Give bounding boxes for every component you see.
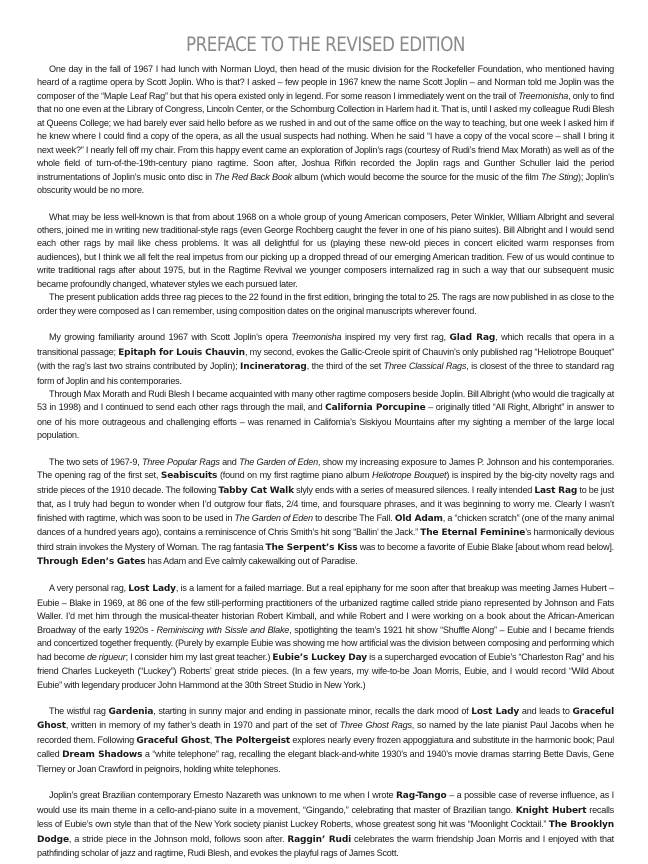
text-run: ; I consider him my last great teacher.) bbox=[126, 652, 273, 662]
text-run: The wistful rag bbox=[49, 706, 108, 716]
rag-title: Last Rag bbox=[534, 486, 577, 496]
work-title: The Red Back Book bbox=[214, 172, 292, 182]
paragraph-p7: A very personal rag, Lost Lady, is a lam… bbox=[37, 582, 614, 692]
rag-title: Lost Lady bbox=[471, 707, 519, 717]
rag-title: Eubie’s Luckey Day bbox=[272, 653, 367, 663]
work-title: Three Popular Rags bbox=[142, 457, 220, 467]
work-title: Treemonisha bbox=[518, 91, 568, 101]
text-run: , only to find that no one even at the L… bbox=[37, 91, 614, 182]
paragraph-p9: Joplin’s great Brazilian contemporary Er… bbox=[37, 789, 614, 860]
rag-title: Seabiscuits bbox=[161, 471, 217, 481]
text-run: slyly ends with a series of measured sil… bbox=[294, 485, 534, 495]
rag-title: The Poltergeist bbox=[214, 736, 290, 746]
text-run: A very personal rag, bbox=[49, 583, 128, 593]
text-run: The present publication adds three rag p… bbox=[37, 292, 614, 315]
body-text: One day in the fall of 1967 I had lunch … bbox=[37, 63, 614, 861]
text-run: , written in memory of my father’s death… bbox=[66, 720, 340, 730]
work-title: Three Ghost Rags bbox=[340, 720, 412, 730]
paragraph-p4: My growing familiarity around 1967 with … bbox=[37, 331, 614, 388]
page-title: PREFACE TO THE REVISED EDITION bbox=[77, 0, 573, 63]
rag-title: The Serpent’s Kiss bbox=[266, 543, 358, 553]
rag-title: Knight Hubert bbox=[516, 806, 587, 816]
rag-title: Through Eden’s Gates bbox=[37, 557, 145, 567]
text-run: was to become a favorite of Eubie Blake … bbox=[357, 542, 614, 552]
work-title: Treemonisha bbox=[291, 332, 341, 342]
rag-title: Incineratorag bbox=[240, 362, 307, 372]
rag-title: The Eternal Feminine bbox=[420, 528, 525, 538]
text-run: and leads to bbox=[519, 706, 572, 716]
text-run: What may be less well-known is that from… bbox=[37, 212, 614, 289]
work-title: Three Classical Rags bbox=[384, 361, 467, 371]
rag-title: Rag-Tango bbox=[396, 791, 447, 801]
text-run: inspired my very first rag, bbox=[341, 332, 449, 342]
rag-title: Epitaph for Louis Chauvin bbox=[118, 348, 245, 358]
rag-title: Gardenia bbox=[108, 707, 153, 717]
work-title: The Garden of Eden bbox=[234, 513, 312, 523]
text-run: (found on my first ragtime piano album bbox=[217, 470, 372, 480]
rag-title: Graceful Ghost bbox=[136, 736, 209, 746]
rag-title: Dream Shadows bbox=[62, 750, 142, 760]
work-title: Reminiscing with Sissle and Blake bbox=[157, 625, 290, 635]
paragraph-p6: The two sets of 1967-9, Three Popular Ra… bbox=[37, 456, 614, 570]
text-run: to describe The Fall. bbox=[313, 513, 395, 523]
text-run: , the third of the set bbox=[307, 361, 384, 371]
text-run: My growing familiarity around 1967 with … bbox=[49, 332, 291, 342]
document-page: PREFACE TO THE REVISED EDITION One day i… bbox=[37, 0, 614, 861]
rag-title: Raggin’ Rudi bbox=[287, 835, 351, 845]
work-title: The Sting bbox=[541, 172, 578, 182]
paragraph-p1: One day in the fall of 1967 I had lunch … bbox=[37, 63, 614, 198]
work-title: The Garden of Eden bbox=[239, 457, 318, 467]
text-run: has Adam and Eve calmly cakewalking out … bbox=[145, 556, 357, 566]
rag-title: California Porcupine bbox=[325, 403, 425, 413]
text-run: Joplin’s great Brazilian contemporary Er… bbox=[49, 790, 396, 800]
rag-title: Old Adam bbox=[395, 514, 443, 524]
rag-title: Glad Rag bbox=[449, 333, 495, 343]
text-run: , starting in sunny major and ending in … bbox=[153, 706, 471, 716]
paragraph-p5: Through Max Morath and Rudi Blesh I beca… bbox=[37, 388, 614, 443]
text-run: , a stride piece in the Johnson mold, fo… bbox=[69, 834, 287, 844]
text-run: and bbox=[220, 457, 239, 467]
rag-title: Tabby Cat Walk bbox=[218, 486, 294, 496]
work-title: Heliotrope Bouquet bbox=[372, 470, 446, 480]
paragraph-p3: The present publication adds three rag p… bbox=[37, 291, 614, 318]
paragraph-p2: What may be less well-known is that from… bbox=[37, 211, 614, 292]
work-title: de rigueur bbox=[87, 652, 126, 662]
text-run: The two sets of 1967-9, bbox=[49, 457, 142, 467]
text-run: album (which would become the source for… bbox=[292, 172, 541, 182]
rag-title: Lost Lady bbox=[128, 584, 176, 594]
paragraph-p8: The wistful rag Gardenia, starting in su… bbox=[37, 705, 614, 776]
